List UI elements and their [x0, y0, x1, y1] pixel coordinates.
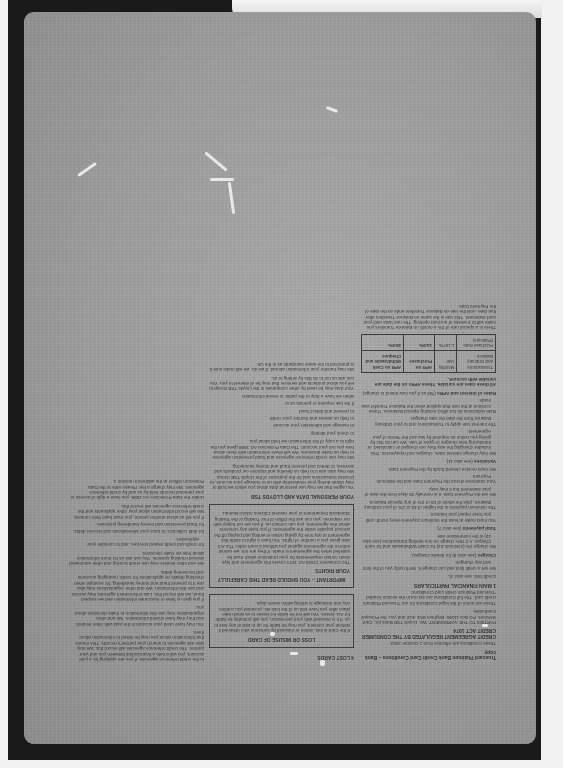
loss-or-misuse-box: LOSS OR MISUSE OF CARD If the Card is lo…	[209, 594, 354, 648]
rates-text: (Tell us if you now intend to change).	[361, 391, 436, 396]
lost-cards-heading: 4 LOST CARDS	[209, 654, 354, 659]
regulated-heading: CREDIT AGREEMENT REGULATED BY THE CONSUM…	[361, 627, 496, 638]
credit-limit-text: Credit limit: see also 3).	[361, 574, 496, 579]
personal-data-bullet: to help us assess and monitor your credi…	[209, 416, 349, 421]
credit-reference-paragraph: If you give us false or inaccurate infor…	[69, 570, 204, 602]
variable-rates-note: All these rates are variable. These APRs…	[361, 377, 496, 388]
credit-reference-paragraph: We and other lenders may use credit scor…	[69, 550, 204, 566]
charges-bullet: We charge 2% (minimum £2) for Cash Withd…	[361, 533, 491, 549]
important-heading: IMPORTANT – YOU SHOULD READ THIS CAREFUL…	[213, 575, 350, 580]
column-financial-particulars: Truecard Platinum Bank Credit Card Condi…	[361, 300, 496, 662]
credit-card-conditions-text: Truecard Platinum Bank Credit Card Condi…	[64, 217, 504, 662]
variations-bullet: Rate reductions do not affect existing S…	[361, 398, 491, 414]
charges-heading: Charges	[478, 553, 496, 558]
personal-data-bullet: if the law requires or permits us to	[209, 401, 349, 406]
rates-heading: Rates of interest and APRs	[437, 391, 496, 396]
special-rates-text: There is a special rate of 0% a month on…	[361, 303, 496, 330]
personal-data-paragraph: Your data may be used by other companies…	[209, 375, 354, 391]
credit-reference-bullet: for credit and credit related services, …	[69, 536, 199, 547]
credit-reference-bullet: for fraud prevention and money launderin…	[69, 522, 199, 527]
credit-reference-paragraph: to the credit reference agencies. If you…	[69, 630, 204, 662]
your-rights-text: The Consumer Credit Act 1974 covers this…	[213, 511, 350, 565]
rates-table-header: Transactions and Ordinary Balance	[457, 351, 496, 372]
variations-heading: Variations	[474, 459, 496, 464]
personal-data-paragraph: We may use credit reference agencies and…	[209, 439, 354, 461]
total-payments-bullet: Your statement shows the Payment Date an…	[361, 474, 491, 485]
total-payments-heading: Total payments	[463, 526, 496, 531]
charges-text: (see also 9) for details charges).	[411, 553, 477, 558]
document-title: Truecard Platinum Bank Credit Card Condi…	[361, 648, 496, 659]
total-payments-bullet: We must receive cleared funds by the Pay…	[361, 466, 491, 471]
variations-bullet: The interest rate apply to Transactions …	[361, 416, 491, 427]
loss-or-misuse-heading: LOSS OR MISUSE OF CARD	[213, 635, 350, 640]
effective-date: These Conditions are effective from 1 Oc…	[361, 641, 496, 646]
rates-table-header: Monthly rate	[435, 351, 457, 372]
total-payments-bullet: The minimum payment is the higher of £5 …	[361, 499, 491, 510]
variations-bullet: We may change interest rates, charges an…	[361, 429, 491, 456]
personal-data-paragraph: You agree that we may use personal data …	[209, 463, 354, 490]
credit-reference-paragraph: Under the Data Protection Act 1998, you …	[69, 479, 204, 501]
rates-table-cell: 14.9%	[404, 335, 435, 351]
intro-text: These are some of the legal Conditions f…	[361, 590, 496, 606]
personal-data-bullet: to prevent and detect fraud	[209, 408, 349, 413]
rates-table-cell: Purchase Rate (Platinum)	[457, 335, 496, 351]
credit-reference-paragraph: You may have used your account in the pa…	[69, 605, 204, 627]
important-box: IMPORTANT – YOU SHOULD READ THIS CAREFUL…	[209, 504, 354, 588]
rates-table-cell: 18.9%	[362, 335, 404, 351]
loss-or-misuse-text: If the Card is lost, stolen or misused b…	[213, 601, 350, 633]
personal-data-heading: YOUR PERSONAL DATA AND LLOYDS TSB	[209, 492, 354, 497]
total-payments-bullet: We set the Payment Date. It is normally …	[361, 486, 491, 497]
rates-table-header: APR on Cash Withdrawals and Cheques	[362, 351, 404, 372]
rates-table-cell: 1.167%	[435, 335, 457, 351]
personal-data-bullet: when we have a duty to the public to rev…	[209, 393, 349, 398]
rates-table-header: APR on Purchases	[404, 351, 435, 372]
personal-data-bullet: to check your identity	[209, 430, 349, 435]
total-payments-bullet: You must make at least the minimum payme…	[361, 512, 491, 523]
section-1-heading: 1 MAIN FINANCIAL PARTICULARS	[361, 581, 496, 586]
rates-table: Transactions and Ordinary Balance Monthl…	[361, 335, 496, 373]
credit-limit-bullet: We set a credit limit and can change it.…	[361, 560, 491, 571]
total-payments-text: (see also 7)	[437, 526, 461, 531]
credit-reference-paragraph: If you tell us about another person, you…	[69, 503, 204, 519]
scan-speck	[210, 178, 234, 181]
column-lost-cards-and-rights: 4 LOST CARDS LOSS OR MISUSE OF CARD If t…	[209, 358, 354, 662]
scanned-page: Truecard Platinum Bank Credit Card Condi…	[24, 12, 536, 744]
credit-reference-bullet: for debt collection; to trace your where…	[69, 529, 199, 534]
variations-text: (see also 11)	[447, 459, 473, 464]
personal-data-paragraph: We may transfer your information abroad.…	[209, 361, 354, 372]
parties-text: PARTIES TO THE AGREEMENT: We, Lloyds TSB…	[361, 609, 496, 625]
column-credit-reference: to the credit reference agencies. If you…	[69, 476, 204, 662]
your-rights-heading: YOUR RIGHTS	[213, 567, 350, 572]
personal-data-bullet: to manage and administer your account	[209, 423, 349, 428]
